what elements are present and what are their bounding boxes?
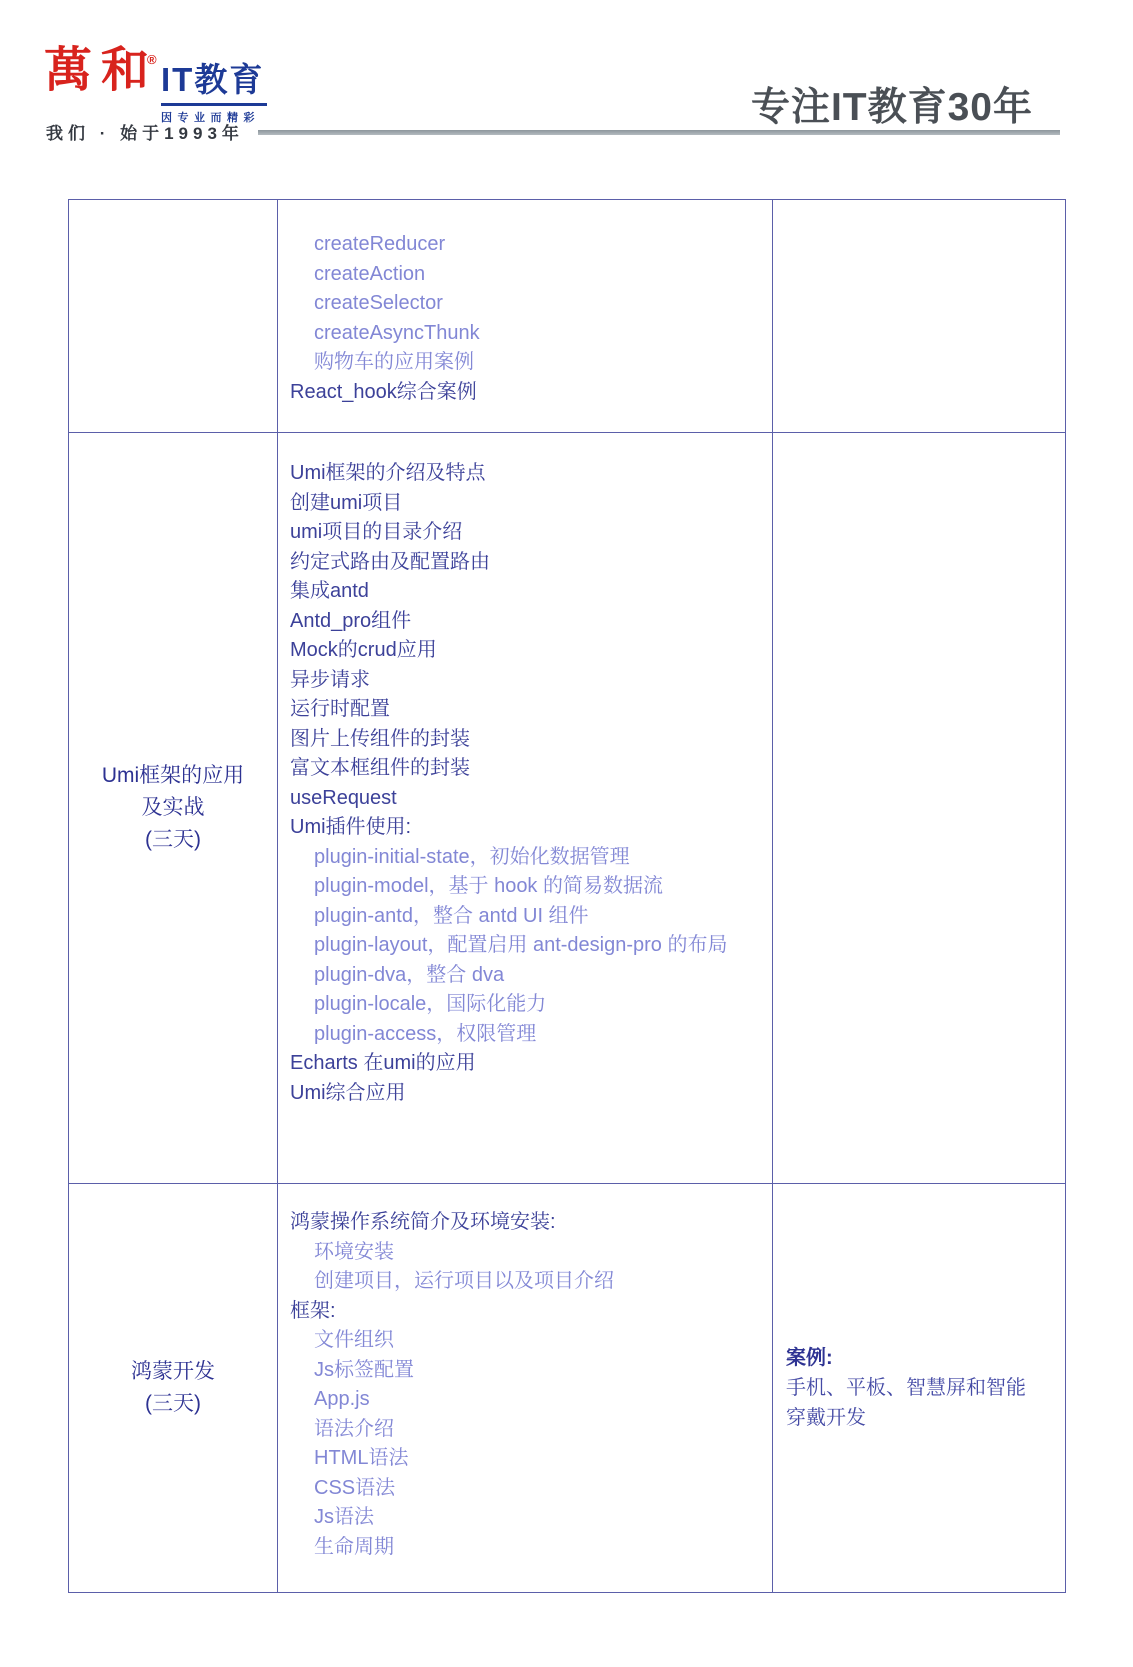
outline-item: plugin-dva，整合 dva: [290, 961, 766, 991]
outline-item: App.js: [290, 1385, 766, 1415]
header-slogan: 专注IT教育30年: [751, 76, 1033, 132]
course-name-cell: Umi框架的应用及实战(三天): [68, 432, 277, 1183]
outline-item: 创建项目，运行项目以及项目介绍: [290, 1267, 766, 1297]
outline-item: createAction: [290, 260, 766, 290]
outline-item: 约定式路由及配置路由: [290, 548, 766, 578]
outline-item: 生命周期: [290, 1533, 766, 1563]
outline-item: createReducer: [290, 230, 766, 260]
outline-item: Antd_pro组件: [290, 607, 766, 637]
case-line: 手机、平板、智慧屏和智能: [786, 1373, 1057, 1403]
course-name-line: 鸿蒙开发: [131, 1356, 215, 1388]
outline-item: plugin-locale，国际化能力: [290, 990, 766, 1020]
outline-item: Umi插件使用:: [290, 813, 766, 843]
outline-item: 运行时配置: [290, 695, 766, 725]
outline-item: plugin-initial-state，初始化数据管理: [290, 843, 766, 873]
course-name-line: 及实战: [142, 792, 205, 824]
course-name-cell: 鸿蒙开发(三天): [68, 1183, 277, 1592]
outline-item: createSelector: [290, 289, 766, 319]
outline-item: 框架:: [290, 1297, 766, 1327]
outline-item: 集成antd: [290, 577, 766, 607]
outline-item: HTML语法: [290, 1444, 766, 1474]
logo-underline: [161, 103, 267, 106]
outline-item: Echarts 在umi的应用: [290, 1049, 766, 1079]
course-content-cell: createReducercreateActioncreateSelectorc…: [277, 199, 772, 432]
outline-item: Umi框架的介绍及特点: [290, 459, 766, 489]
course-content-cell: Umi框架的介绍及特点创建umi项目umi项目的目录介绍约定式路由及配置路由集成…: [277, 432, 772, 1183]
logo-it-education-text: IT教育: [161, 60, 264, 100]
brand-logo-text: 萬和: [44, 44, 158, 96]
outline-item: 异步请求: [290, 666, 766, 696]
case-title: 案例:: [786, 1343, 1057, 1373]
outline-item: Umi综合应用: [290, 1079, 766, 1109]
course-name-line: (三天): [145, 1388, 201, 1420]
page: 萬和 ® IT教育 因专业而精彩 我们 · 始于1993年 专注IT教育30年 …: [0, 0, 1133, 1667]
outline-item: Mock的crud应用: [290, 636, 766, 666]
outline-item: Js语法: [290, 1503, 766, 1533]
outline-item: plugin-access，权限管理: [290, 1020, 766, 1050]
outline-item: 图片上传组件的封装: [290, 725, 766, 755]
outline-item: plugin-layout，配置启用 ant-design-pro 的布局: [290, 931, 766, 961]
course-table: createReducercreateActioncreateSelectorc…: [68, 199, 1066, 1593]
outline-item: 富文本框组件的封装: [290, 754, 766, 784]
outline-item: 环境安装: [290, 1238, 766, 1268]
outline-item: 创建umi项目: [290, 489, 766, 519]
outline-item: Js标签配置: [290, 1356, 766, 1386]
outline-item: 鸿蒙操作系统简介及环境安装:: [290, 1208, 766, 1238]
course-name-cell: [68, 199, 277, 432]
outline-item: createAsyncThunk: [290, 319, 766, 349]
outline-item: plugin-model，基于 hook 的简易数据流: [290, 872, 766, 902]
outline-item: 文件组织: [290, 1326, 766, 1356]
case-cell: [772, 199, 1065, 432]
outline-item: 购物车的应用案例: [290, 348, 766, 378]
outline-item: React_hook综合案例: [290, 378, 766, 408]
outline-item: CSS语法: [290, 1474, 766, 1504]
outline-item: useRequest: [290, 784, 766, 814]
outline-item: umi项目的目录介绍: [290, 518, 766, 548]
outline-item: 语法介绍: [290, 1415, 766, 1445]
case-cell: [772, 432, 1065, 1183]
registered-mark: ®: [147, 52, 157, 67]
course-content-cell: 鸿蒙操作系统简介及环境安装:环境安装创建项目，运行项目以及项目介绍框架:文件组织…: [277, 1183, 772, 1592]
header-divider: [258, 130, 1060, 135]
course-name-line: (三天): [145, 824, 201, 856]
case-line: 穿戴开发: [786, 1403, 1057, 1433]
logo-since-text: 我们 · 始于1993年: [46, 119, 244, 144]
outline-item: plugin-antd，整合 antd UI 组件: [290, 902, 766, 932]
case-cell: 案例:手机、平板、智慧屏和智能穿戴开发: [772, 1183, 1065, 1592]
course-name-line: Umi框架的应用: [102, 760, 244, 792]
